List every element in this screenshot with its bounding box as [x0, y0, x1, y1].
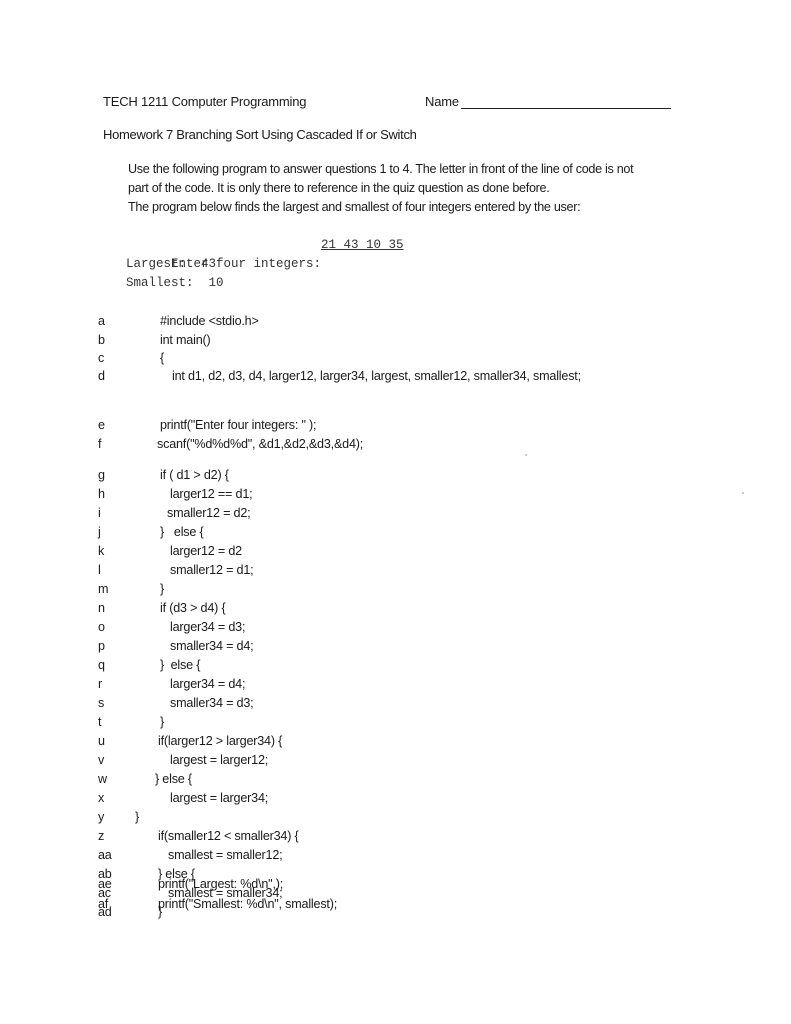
code-line-af: afprintf("Smallest: %d\n", smallest);: [0, 897, 791, 915]
instruction-line: The program below finds the largest and …: [128, 198, 708, 217]
code-text: printf("Largest: %d\n",);: [158, 877, 283, 891]
code-line-a: a#include <stdio.h>: [0, 314, 791, 332]
code-text: } else {: [160, 658, 200, 672]
name-label: Name: [425, 94, 459, 109]
instructions: Use the following program to answer ques…: [128, 160, 708, 217]
code-line-ae: aeprintf("Largest: %d\n",);: [0, 877, 791, 895]
name-blank-line[interactable]: [461, 95, 671, 109]
code-line-i: ismaller12 = d2;: [0, 506, 791, 524]
line-reference-letter: f: [98, 437, 101, 451]
code-line-j: j} else {: [0, 525, 791, 543]
line-reference-letter: q: [98, 658, 105, 672]
line-reference-letter: k: [98, 544, 104, 558]
code-text: int d1, d2, d3, d4, larger12, larger34, …: [172, 369, 581, 383]
code-text: if(smaller12 < smaller34) {: [158, 829, 299, 843]
sample-prompt-row: Enter four integers: 21 43 10 35: [126, 236, 321, 255]
homework-page: TECH 1211 Computer Programming Name Home…: [0, 0, 791, 1024]
line-reference-letter: b: [98, 333, 105, 347]
sample-output: Enter four integers: 21 43 10 35 Largest…: [126, 236, 321, 293]
line-reference-letter: g: [98, 468, 105, 482]
name-field[interactable]: Name: [425, 94, 671, 109]
code-text: #include <stdio.h>: [160, 314, 259, 328]
sample-smallest: Smallest: 10: [126, 274, 321, 293]
line-reference-letter: e: [98, 418, 105, 432]
line-reference-letter: ae: [98, 877, 112, 891]
code-line-v: vlargest = larger12;: [0, 753, 791, 771]
code-line-r: rlarger34 = d4;: [0, 677, 791, 695]
line-reference-letter: u: [98, 734, 105, 748]
code-text: } else {: [160, 525, 204, 539]
assignment-title: Homework 7 Branching Sort Using Cascaded…: [103, 127, 417, 142]
code-line-f: fscanf("%d%d%d", &d1,&d2,&d3,&d4);: [0, 437, 791, 455]
code-text: }: [160, 715, 164, 729]
code-line-k: klarger12 = d2: [0, 544, 791, 562]
code-text: } else {: [155, 772, 192, 786]
instruction-line: Use the following program to answer ques…: [128, 160, 708, 179]
line-reference-letter: n: [98, 601, 105, 615]
line-reference-letter: aa: [98, 848, 112, 862]
line-reference-letter: r: [98, 677, 102, 691]
line-reference-letter: j: [98, 525, 101, 539]
code-line-e: eprintf("Enter four integers: " );: [0, 418, 791, 436]
code-text: int main(): [160, 333, 210, 347]
code-text: scanf("%d%d%d", &d1,&d2,&d3,&d4);: [157, 437, 363, 451]
code-line-q: q} else {: [0, 658, 791, 676]
line-reference-letter: s: [98, 696, 104, 710]
code-line-g: gif ( d1 > d2) {: [0, 468, 791, 486]
instruction-line: part of the code. It is only there to re…: [128, 179, 708, 198]
code-line-z: zif(smaller12 < smaller34) {: [0, 829, 791, 847]
line-reference-letter: x: [98, 791, 104, 805]
code-line-l: lsmaller12 = d1;: [0, 563, 791, 581]
code-line-b: bint main(): [0, 333, 791, 351]
scan-speck: [742, 492, 744, 494]
code-text: smaller12 = d1;: [170, 563, 253, 577]
code-text: smallest = smaller12;: [168, 848, 282, 862]
line-reference-letter: o: [98, 620, 105, 634]
code-text: smaller34 = d3;: [170, 696, 253, 710]
code-text: smaller34 = d4;: [170, 639, 253, 653]
line-reference-letter: m: [98, 582, 108, 596]
code-text: larger12 = d2: [170, 544, 242, 558]
code-line-d: dint d1, d2, d3, d4, larger12, larger34,…: [0, 369, 791, 387]
code-line-m: m}: [0, 582, 791, 600]
code-text: }: [135, 810, 139, 824]
code-text: smaller12 = d2;: [167, 506, 250, 520]
code-text: if (d3 > d4) {: [160, 601, 225, 615]
line-reference-letter: w: [98, 772, 107, 786]
code-line-o: olarger34 = d3;: [0, 620, 791, 638]
course-title: TECH 1211 Computer Programming: [103, 94, 306, 109]
code-text: printf("Smallest: %d\n", smallest);: [158, 897, 337, 911]
code-text: larger34 = d3;: [170, 620, 245, 634]
code-line-t: t}: [0, 715, 791, 733]
line-reference-letter: v: [98, 753, 104, 767]
code-line-c: c{: [0, 351, 791, 369]
line-reference-letter: t: [98, 715, 101, 729]
code-text: if(larger12 > larger34) {: [158, 734, 282, 748]
line-reference-letter: d: [98, 369, 105, 383]
code-text: if ( d1 > d2) {: [160, 468, 229, 482]
code-line-u: uif(larger12 > larger34) {: [0, 734, 791, 752]
scan-speck: [525, 454, 527, 456]
code-text: largest = larger34;: [170, 791, 268, 805]
line-reference-letter: i: [98, 506, 101, 520]
line-reference-letter: a: [98, 314, 105, 328]
code-line-y: y}: [0, 810, 791, 828]
code-text: largest = larger12;: [170, 753, 268, 767]
line-reference-letter: c: [98, 351, 104, 365]
line-reference-letter: af: [98, 897, 108, 911]
code-text: larger34 = d4;: [170, 677, 245, 691]
line-reference-letter: z: [98, 829, 104, 843]
code-line-n: nif (d3 > d4) {: [0, 601, 791, 619]
code-text: }: [160, 582, 164, 596]
code-text: {: [160, 351, 164, 365]
code-line-h: hlarger12 == d1;: [0, 487, 791, 505]
code-line-s: ssmaller34 = d3;: [0, 696, 791, 714]
sample-largest: Largest: 43: [126, 255, 321, 274]
code-line-p: psmaller34 = d4;: [0, 639, 791, 657]
code-line-w: w} else {: [0, 772, 791, 790]
code-line-x: xlargest = larger34;: [0, 791, 791, 809]
sample-input: 21 43 10 35: [321, 236, 404, 255]
line-reference-letter: h: [98, 487, 105, 501]
line-reference-letter: l: [98, 563, 101, 577]
code-line-aa: aasmallest = smaller12;: [0, 848, 791, 866]
code-text: printf("Enter four integers: " );: [160, 418, 316, 432]
code-text: larger12 == d1;: [170, 487, 252, 501]
line-reference-letter: y: [98, 810, 104, 824]
line-reference-letter: p: [98, 639, 105, 653]
